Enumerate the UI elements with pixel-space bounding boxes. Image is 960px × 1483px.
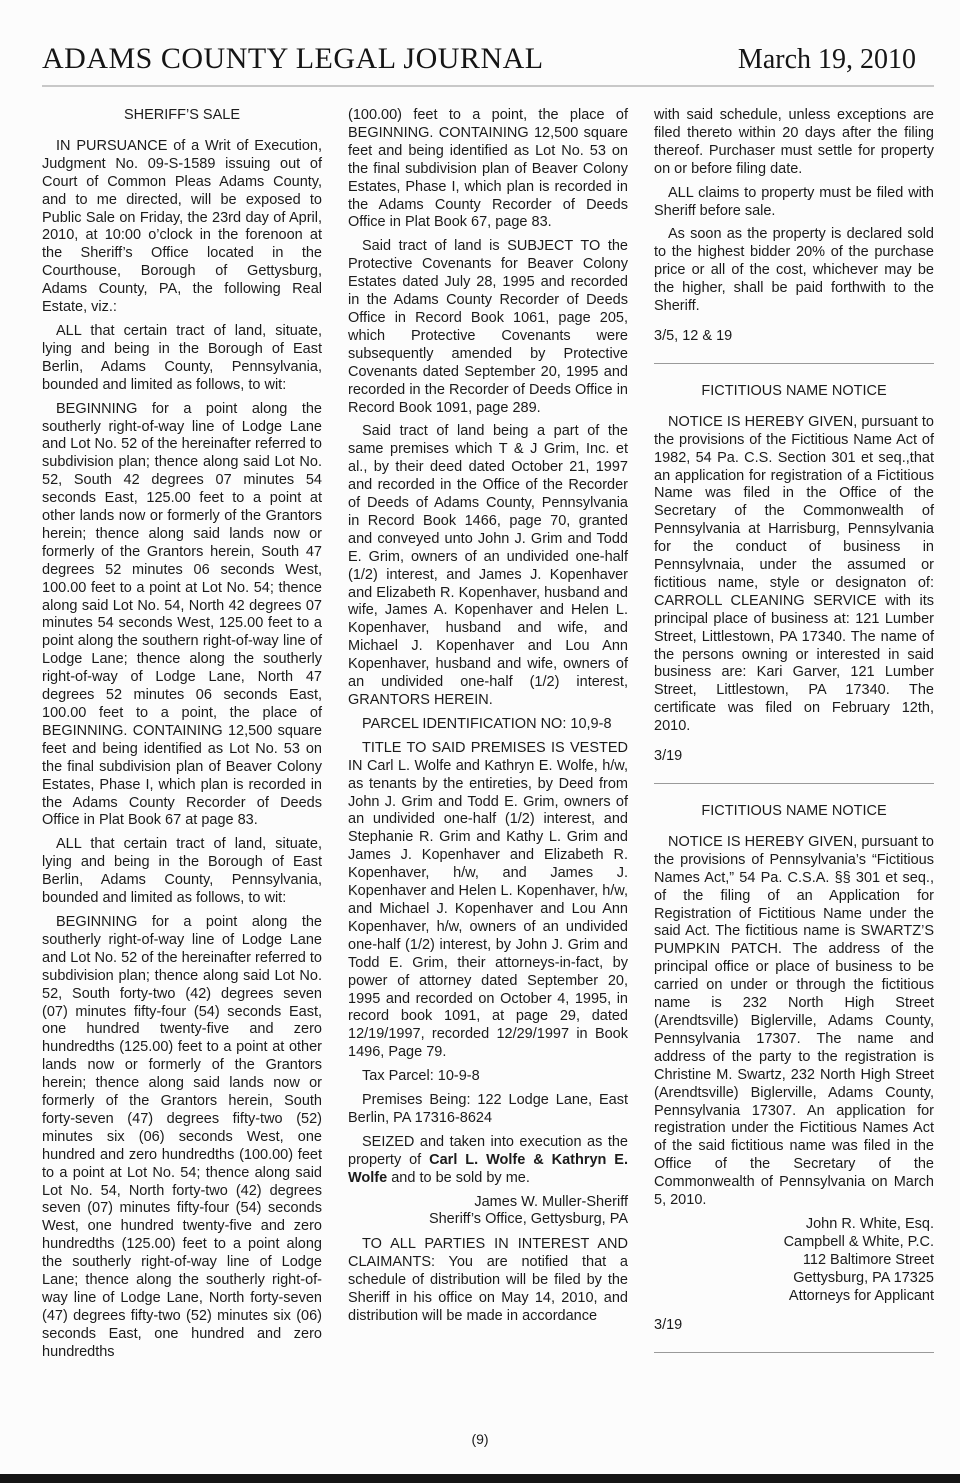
section-divider <box>654 1352 934 1353</box>
claimants-notice: TO ALL PARTIES IN INTEREST AND CLAIMANTS… <box>348 1236 628 1326</box>
attorney-role: Attorneys for Applicant <box>654 1288 934 1306</box>
attorney-firm: Campbell & White, P.C. <box>654 1234 934 1252</box>
seized-paragraph: SEIZED and taken into execution as the p… <box>348 1134 628 1188</box>
sheriff-name: James W. Muller-Sheriff <box>348 1194 628 1212</box>
column-1: SHERIFF’S SALE IN PURSUANCE of a Writ of… <box>42 107 322 1399</box>
column-2: (100.00) feet to a point, the place of B… <box>348 107 628 1399</box>
paragraph: ALL claims to property must be filed wit… <box>654 185 934 221</box>
paragraph: IN PURSUANCE of a Writ of Execution, Jud… <box>42 138 322 317</box>
paragraph: BEGINNING for a point along the southerl… <box>42 401 322 831</box>
tax-parcel: Tax Parcel: 10-9-8 <box>348 1068 628 1086</box>
notice-body: NOTICE IS HEREBY GIVEN, pursuant to the … <box>654 414 934 736</box>
publication-date: 3/19 <box>654 1317 934 1335</box>
fictitious-name-heading: FICTITIOUS NAME NOTICE <box>654 803 934 821</box>
paragraph-continuation: with said schedule, unless exceptions ar… <box>654 107 934 179</box>
fictitious-name-heading: FICTITIOUS NAME NOTICE <box>654 383 934 401</box>
premises-address: Premises Being: 122 Lodge Lane, East Ber… <box>348 1092 628 1128</box>
column-3: with said schedule, unless exceptions ar… <box>654 107 934 1399</box>
sheriff-office: Sheriff’s Office, Gettysburg, PA <box>348 1211 628 1229</box>
section-divider <box>654 363 934 364</box>
paragraph: As soon as the property is declared sold… <box>654 226 934 316</box>
publication-date: 3/19 <box>654 748 934 766</box>
attorney-street: 112 Baltimore Street <box>654 1252 934 1270</box>
issue-date: March 19, 2010 <box>738 44 916 76</box>
seized-text: and to be sold by me. <box>387 1170 530 1186</box>
parcel-identification: PARCEL IDENTIFICATION NO: 10,9-8 <box>348 716 628 734</box>
section-divider <box>654 783 934 784</box>
content-columns: SHERIFF’S SALE IN PURSUANCE of a Writ of… <box>0 87 960 1399</box>
attorney-signature-block: John R. White, Esq. Campbell & White, P.… <box>654 1216 934 1306</box>
paragraph: TITLE TO SAID PREMISES IS VESTED IN Carl… <box>348 740 628 1062</box>
paragraph: ALL that certain tract of land, situate,… <box>42 836 322 908</box>
sheriff-signature-block: James W. Muller-Sheriff Sheriff’s Office… <box>348 1194 628 1230</box>
publication-dates: 3/5, 12 & 19 <box>654 328 934 346</box>
page-number: (9) <box>0 1431 960 1447</box>
paragraph: Said tract of land is SUBJECT TO the Pro… <box>348 238 628 417</box>
paragraph: ALL that certain tract of land, situate,… <box>42 323 322 395</box>
scan-edge-bar <box>0 1474 960 1483</box>
page-header: ADAMS COUNTY LEGAL JOURNAL March 19, 201… <box>0 0 960 76</box>
notice-body: NOTICE IS HEREBY GIVEN, pursuant to the … <box>654 834 934 1210</box>
paragraph-continuation: (100.00) feet to a point, the place of B… <box>348 107 628 232</box>
paragraph: BEGINNING for a point along the southerl… <box>42 914 322 1362</box>
attorney-name: John R. White, Esq. <box>654 1216 934 1234</box>
journal-title: ADAMS COUNTY LEGAL JOURNAL <box>42 42 544 76</box>
sheriffs-sale-heading: SHERIFF’S SALE <box>42 107 322 125</box>
attorney-city: Gettysburg, PA 17325 <box>654 1270 934 1288</box>
journal-page: ADAMS COUNTY LEGAL JOURNAL March 19, 201… <box>0 0 960 1483</box>
paragraph: Said tract of land being a part of the s… <box>348 423 628 710</box>
